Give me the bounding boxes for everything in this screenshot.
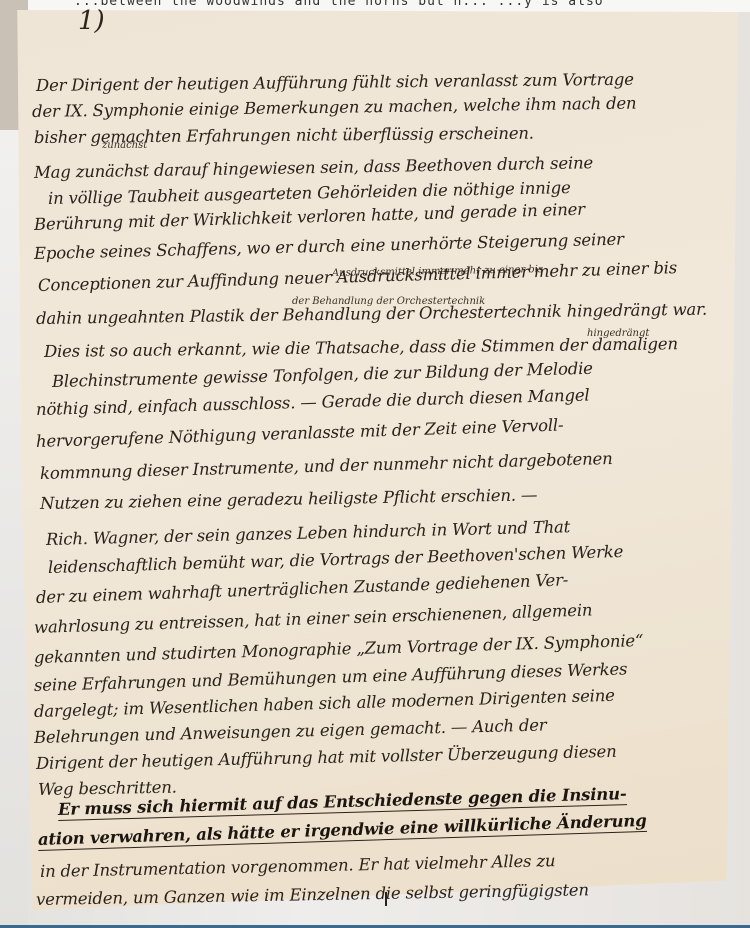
underlying-typed-sheet: ...between the woodwinds and the horns b… [28, 0, 750, 12]
manuscript-line: Weg beschritten. [38, 778, 177, 799]
fold-mark [385, 892, 387, 906]
typed-text: ...between the woodwinds and the horns b… [74, 0, 604, 9]
insertion-note: zunächst [102, 140, 147, 151]
page-number: 1) [78, 6, 105, 36]
